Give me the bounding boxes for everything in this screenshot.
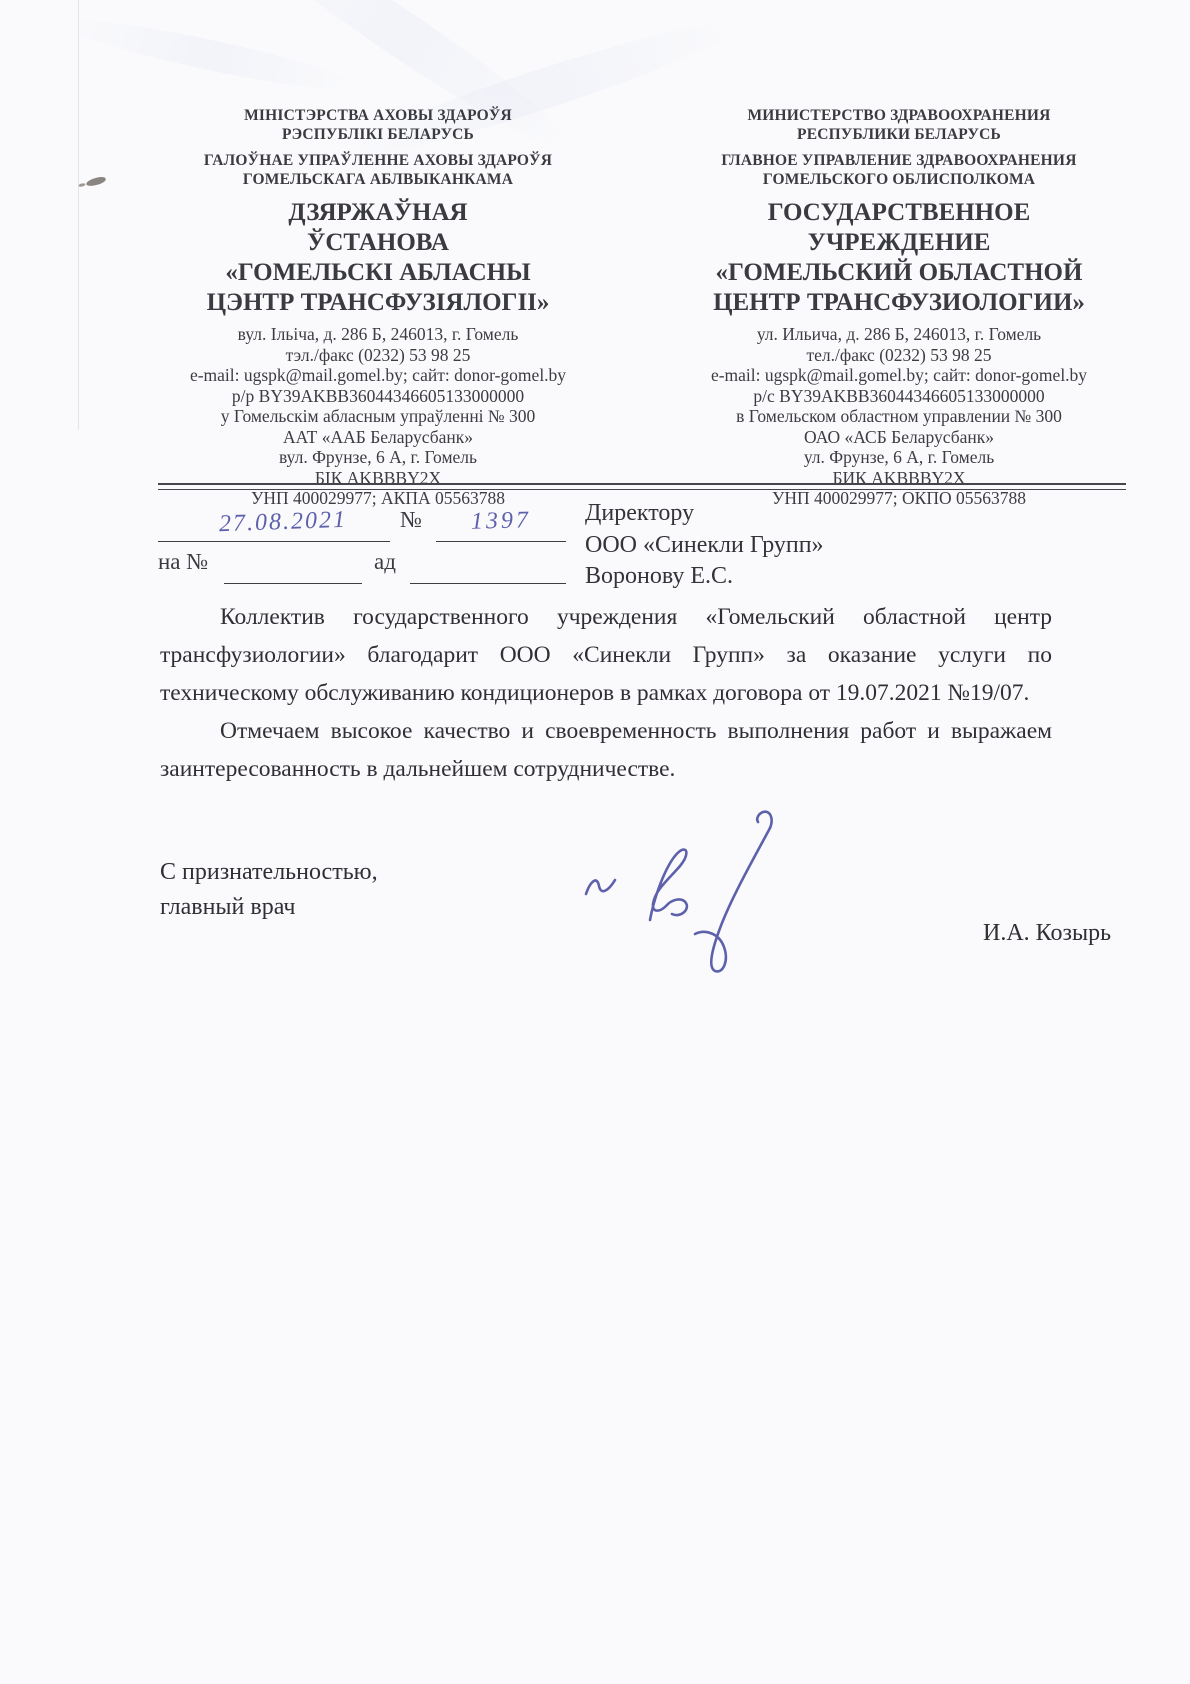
email-site-line: e-mail: ugspk@mail.gomel.by; сайт: donor… — [664, 365, 1134, 386]
body-paragraph: Коллектив государственного учреждения «Г… — [160, 598, 1052, 712]
reply-reference-row: на № ад — [158, 543, 578, 583]
ministry-line: МІНІСТЭРСТВА АХОВЫ ЗДАРОЎЯ — [152, 106, 604, 125]
phone-line: тэл./факс (0232) 53 98 25 — [152, 345, 604, 366]
bank-branch-line: у Гомельскім абласным упраўленні № 300 — [152, 406, 604, 427]
letterhead-russian-column: МИНИСТЕРСТВО ЗДРАВООХРАНЕНИЯ РЕСПУБЛИКИ … — [664, 106, 1134, 509]
recipient-block: Директору ООО «Синекли Групп» Воронову Е… — [585, 498, 824, 593]
organization-name-line: ЦЭНТР ТРАНСФУЗІЯЛОГІІ» — [152, 288, 604, 318]
handwritten-number: 1397 — [446, 507, 557, 537]
number-sign-label: № — [400, 507, 422, 533]
paper-crease — [60, 9, 360, 101]
signer-name: И.А. Козырь — [983, 920, 1111, 947]
letterhead-belarusian-column: МІНІСТЭРСТВА АХОВЫ ЗДАРОЎЯ РЭСПУБЛІКІ БЕ… — [152, 106, 604, 509]
account-line: р/с BY39AKBB36044346605133000000 — [664, 386, 1134, 407]
organization-name-line: ДЗЯРЖАЎНАЯ — [152, 198, 604, 228]
ministry-line: МИНИСТЕРСТВО ЗДРАВООХРАНЕНИЯ — [664, 106, 1134, 125]
organization-name-line: ЦЕНТР ТРАНСФУЗИОЛОГИИ» — [664, 288, 1134, 318]
organization-name-line: ЎСТАНОВА — [152, 228, 604, 258]
bank-name-line: ААТ «ААБ Беларусбанк» — [152, 427, 604, 448]
organization-name-line: «ГОМЕЛЬСКІ АБЛАСНЫ — [152, 258, 604, 288]
recipient-company: ООО «Синекли Групп» — [585, 530, 824, 562]
reference-block: 27.08.2021 № 1397 на № ад — [158, 505, 578, 583]
reply-number-label: на № — [158, 549, 208, 575]
scan-smudge-artifact — [85, 176, 106, 188]
department-line: ГОМЕЛЬСКАГА АБЛВЫКАНКАМА — [152, 170, 604, 189]
bank-name-line: ОАО «АСБ Беларусбанк» — [664, 427, 1134, 448]
ministry-line: РЕСПУБЛИКИ БЕЛАРУСЬ — [664, 125, 1134, 144]
letter-body: Коллектив государственного учреждения «Г… — [160, 598, 1052, 788]
reply-from-label: ад — [374, 549, 396, 575]
body-paragraph: Отмечаем высокое качество и своевременно… — [160, 712, 1052, 788]
organization-name-line: «ГОМЕЛЬСКИЙ ОБЛАСТНОЙ — [664, 258, 1134, 288]
account-line: р/р BY39AKBB36044346605133000000 — [152, 386, 604, 407]
letterhead: МІНІСТЭРСТВА АХОВЫ ЗДАРОЎЯ РЭСПУБЛІКІ БЕ… — [152, 106, 1134, 509]
signer-title: главный врач — [160, 890, 378, 925]
address-line: вул. Ільіча, д. 286 Б, 246013, г. Гомель — [152, 324, 604, 345]
closing-phrase: С признательностью, — [160, 855, 378, 890]
department-line: ГОМЕЛЬСКОГО ОБЛИСПОЛКОМА — [664, 170, 1134, 189]
organization-name-line: ГОСУДАРСТВЕННОЕ — [664, 198, 1134, 228]
reply-from-blank-line — [410, 547, 566, 584]
paper-fold-line — [78, 0, 79, 430]
address-line: ул. Ильича, д. 286 Б, 246013, г. Гомель — [664, 324, 1134, 345]
handwritten-signature — [558, 798, 808, 983]
date-number-row: 27.08.2021 № 1397 — [158, 505, 578, 545]
closing-block: С признательностью, главный врач — [160, 855, 378, 925]
organization-name-line: УЧРЕЖДЕНИЕ — [664, 228, 1134, 258]
phone-line: тел./факс (0232) 53 98 25 — [664, 345, 1134, 366]
reply-number-blank-line — [224, 547, 362, 584]
ministry-line: РЭСПУБЛІКІ БЕЛАРУСЬ — [152, 125, 604, 144]
bank-branch-line: в Гомельском областном управлении № 300 — [664, 406, 1134, 427]
email-site-line: e-mail: ugspk@mail.gomel.by; сайт: donor… — [152, 365, 604, 386]
scanned-letter-page: МІНІСТЭРСТВА АХОВЫ ЗДАРОЎЯ РЭСПУБЛІКІ БЕ… — [0, 0, 1190, 1684]
recipient-name: Воронову Е.С. — [585, 561, 824, 593]
bank-address-line: ул. Фрунзе, 6 А, г. Гомель — [664, 447, 1134, 468]
recipient-position: Директору — [585, 498, 824, 530]
department-line: ГЛАВНОЕ УПРАВЛЕНИЕ ЗДРАВООХРАНЕНИЯ — [664, 151, 1134, 170]
department-line: ГАЛОЎНАЕ УПРАЎЛЕННЕ АХОВЫ ЗДАРОЎЯ — [152, 151, 604, 170]
letterhead-divider-rule — [158, 483, 1126, 490]
bank-address-line: вул. Фрунзе, 6 А, г. Гомель — [152, 447, 604, 468]
